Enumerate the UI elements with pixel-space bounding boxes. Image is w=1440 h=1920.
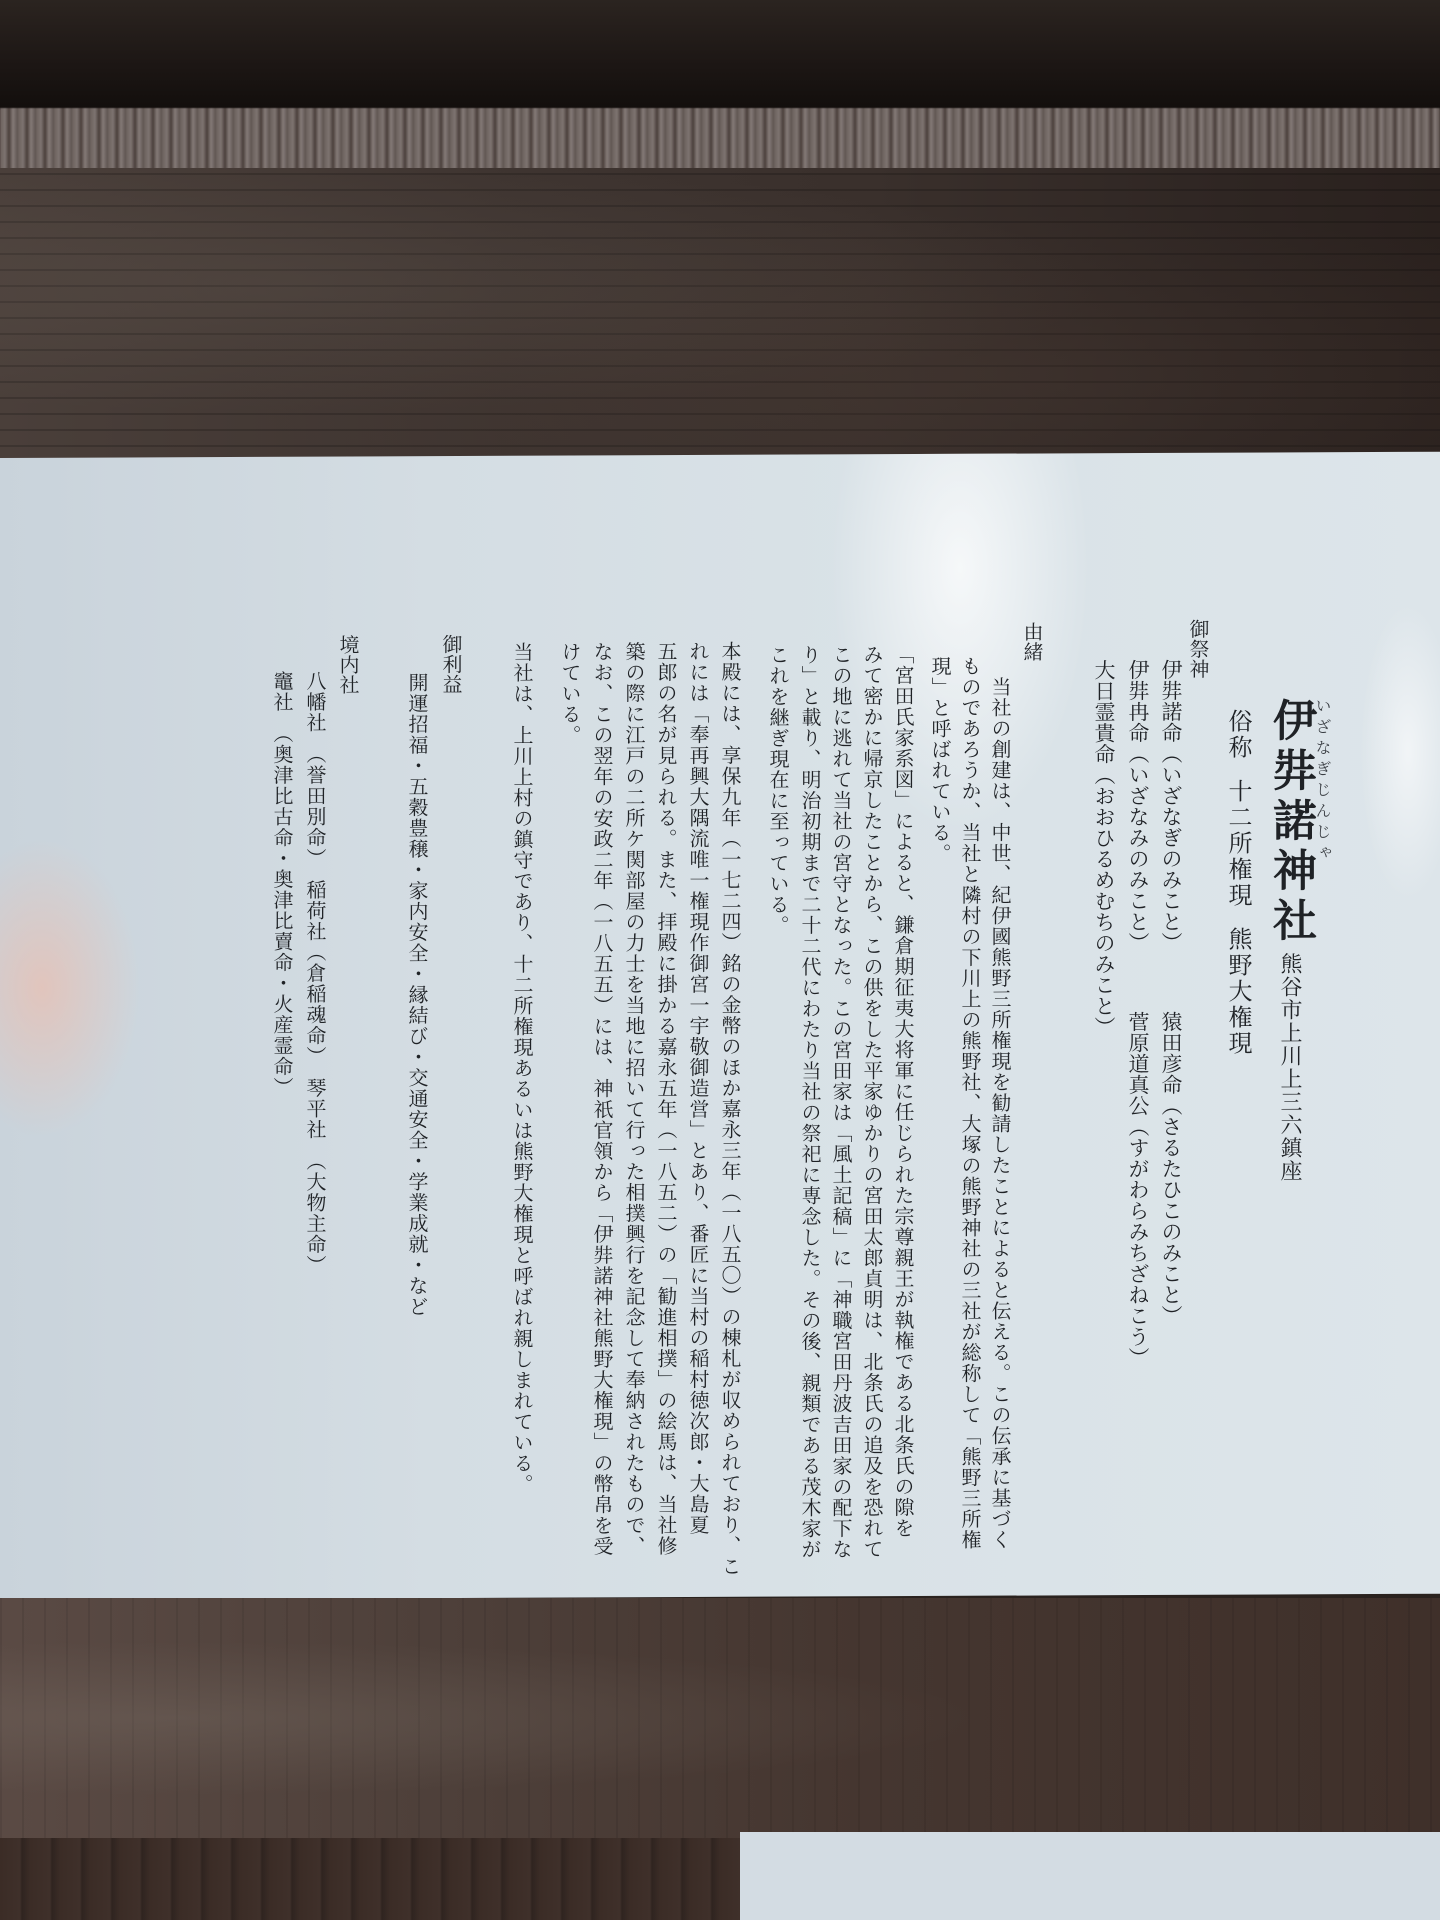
shrine-title: 伊弉諾神社 <box>1268 697 1312 947</box>
history-line: けている。 <box>560 641 580 745</box>
roof-eave <box>0 0 1440 110</box>
history-line: ものであろうか、当社と隣村の下川上の熊野社、大塚の熊野神社の三社が総称して「熊野… <box>960 656 980 1550</box>
wooden-board-lower <box>0 1598 1440 1838</box>
adjacent-notice-board <box>740 1832 1440 1920</box>
history-line: 築の際に江戸の二所ケ関部屋の力士を当地に招いて行った相撲興行を記念して奉納された… <box>624 641 644 1556</box>
deity-item: 伊弉冉命（いざなみのみこと） <box>1127 659 1148 953</box>
alias-name-1: 十二所権現 <box>1224 779 1252 909</box>
wooden-slats-lower <box>0 1838 740 1920</box>
subsidiary-heading: 境内社 <box>338 634 358 694</box>
history-line: みて密かに帰京したことから、この供をした平家ゆかりの宮田太郎貞明は、北条氏の追及… <box>862 644 882 1559</box>
subsidiary-row: 竈社 （奥津比古命・奥津比賣命・火産霊命） <box>272 671 292 1098</box>
history-line: これを継ぎ現在に至っている。 <box>768 645 788 936</box>
benefits-heading: 御利益 <box>441 634 461 694</box>
history-line: なお、この翌年の安政二年（一八五五）には、神祇官領から「伊弉諾神社熊野大権現」の… <box>592 641 612 1556</box>
deity-item: 猿田彦命（さるたひこのみこと） <box>1160 1011 1181 1326</box>
history-line: 当社は、上川上村の鎮守であり、十二所権現あるいは熊野大権現と呼ばれ親しまれている… <box>512 642 532 1495</box>
history-heading: 由緒 <box>1022 621 1042 661</box>
deity-item: 伊弉諾命（いざなぎのみこと） <box>1160 659 1181 953</box>
shrine-alias: 俗称十二所権現熊野大権現 <box>1226 709 1250 1057</box>
deities-heading: 御祭神 <box>1188 619 1208 679</box>
history-line: れには「奉再興大隅流唯一権現作御宮一宇敬御造営」とあり、番匠に当村の稲村徳次郎・… <box>688 641 708 1535</box>
history-line: 現」と呼ばれている。 <box>930 656 950 864</box>
history-line: り」と載り、明治初期まで二十二代にわたり当社の祭祀に専念した。その後、親類である… <box>800 644 820 1559</box>
history-line: この地に逃れて当社の宮守となった。この宮田家は「風土記稿」に「神職宮田丹波吉田家… <box>831 644 851 1559</box>
shrine-location: 熊谷市上川上三六鎮座 <box>1278 952 1300 1182</box>
subsidiary-row: 八幡社 （誉田別命） 稲荷社（倉稲魂命） 琴平社 （大物主命） <box>305 671 325 1276</box>
light-glare <box>1360 602 1440 902</box>
benefits-text: 開運招福・五穀豊穣・家内安全・縁結び・交通安全・学業成就・など <box>407 672 427 1317</box>
title-reading: いざなぎじんじゃ <box>1314 697 1330 865</box>
deity-item: 菅原道真公（すがわらみちざねこう） <box>1127 1011 1148 1368</box>
history-line: 五郎の名が見られる。また、拝殿に掛かる嘉永五年（一八五二）の「勧進相撲」の絵馬は… <box>656 641 676 1556</box>
wooden-slats <box>0 108 1440 170</box>
deity-item: 大日霊貴命（おおひるめむちのみこと） <box>1093 659 1114 1037</box>
wooden-board-upper <box>0 168 1440 463</box>
alias-label: 俗称 <box>1224 709 1252 761</box>
history-line: 「宮田氏家系図」によると、鎌倉期征夷大将軍に任じられた宗尊親王が執権である北条氏… <box>893 644 913 1538</box>
shrine-notice-board: いざなぎじんじゃ 伊弉諾神社 熊谷市上川上三六鎮座 俗称十二所権現熊野大権現 御… <box>0 452 1440 1600</box>
history-line: 当社の創建は、中世、紀伊國熊野三所権現を勧請したことによると伝える。この伝承に基… <box>990 656 1010 1550</box>
history-line: 本殿には、享保九年（一七二四）銘の金幣のほか嘉永三年（一八五〇）の棟札が収められ… <box>720 641 740 1577</box>
light-reflection <box>0 837 140 1138</box>
alias-name-2: 熊野大権現 <box>1224 927 1252 1057</box>
